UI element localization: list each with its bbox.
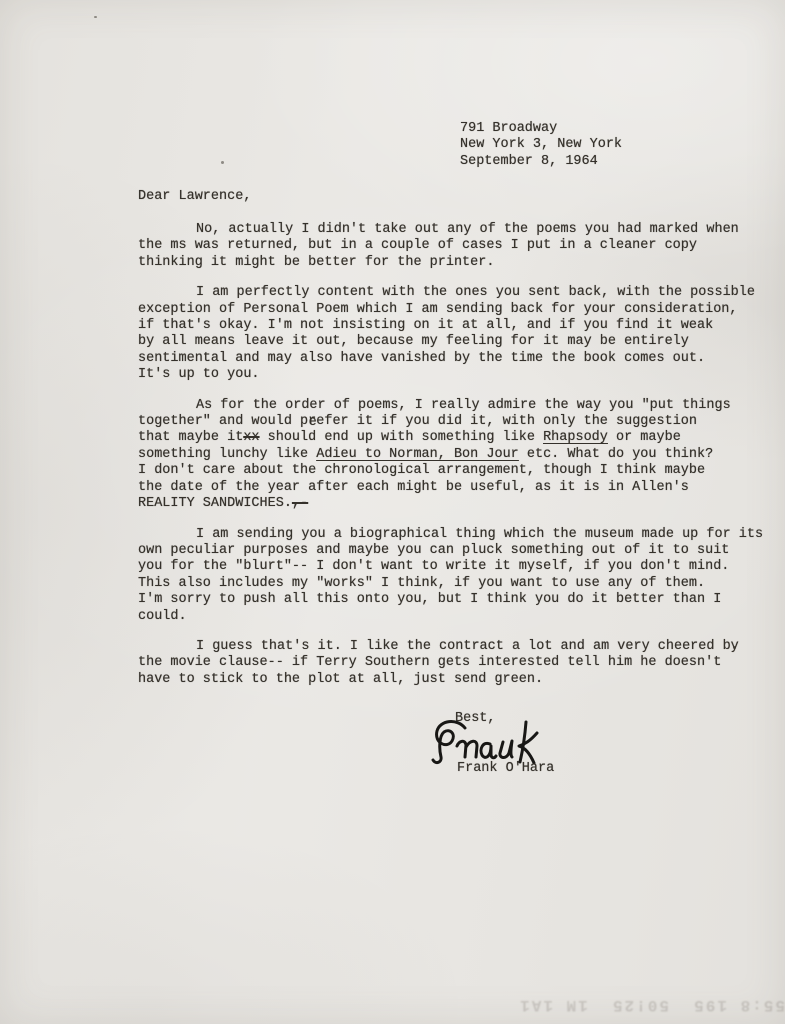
- underlined-title: Adieu to Norman, Bon Jour: [316, 447, 519, 462]
- text-line: sentimental and may also have vanished b…: [138, 351, 770, 367]
- text-segment: As for the order of poems, I really admi…: [196, 398, 731, 413]
- text-line: own peculiar purposes and maybe you can …: [138, 543, 770, 559]
- text-line: I am perfectly content with the ones you…: [138, 285, 770, 301]
- text-line: by all means leave it out, because my fe…: [138, 334, 770, 350]
- text-segment: etc. What do you think?: [519, 447, 713, 462]
- text-line: I'm sorry to push all this onto you, but…: [138, 592, 770, 608]
- text-line: the ms was returned, but in a couple of …: [138, 238, 770, 254]
- text-segment: the movie clause-- if Terry Southern get…: [138, 655, 721, 670]
- text-line: thinking it might be better for the prin…: [138, 255, 770, 271]
- text-line: could.: [138, 609, 770, 625]
- salutation: Dear Lawrence,: [138, 189, 251, 205]
- text-segment: something lunchy like: [138, 447, 316, 462]
- text-segment: own peculiar purposes and maybe you can …: [138, 543, 729, 558]
- text-line: the date of the year after each might be…: [138, 480, 770, 496]
- text-segment: if that's okay. I'm not insisting on it …: [138, 318, 713, 333]
- text-segment: exception of Personal Poem which I am se…: [138, 302, 738, 317]
- paragraph: No, actually I didn't take out any of th…: [138, 222, 770, 271]
- sender-address-block: 791 Broadway New York 3, New York Septem…: [460, 121, 622, 170]
- text-segment: the ms was returned, but in a couple of …: [138, 238, 697, 253]
- text-segment: I don't care about the chronological arr…: [138, 463, 705, 478]
- text-segment: you for the "blurt"-- I don't want to wr…: [138, 559, 729, 574]
- text-segment: REALITY SANDWICHES.: [138, 496, 292, 511]
- text-line: It's up to you.: [138, 367, 770, 383]
- letter-page: 791 Broadway New York 3, New York Septem…: [0, 0, 785, 1024]
- text-line: I am sending you a biographical thing wh…: [138, 527, 770, 543]
- text-line: together" and would preefer it if you di…: [138, 414, 770, 430]
- paper-speck: [221, 161, 224, 164]
- address-line: 791 Broadway: [460, 121, 622, 137]
- text-segment: together" and would p: [138, 414, 308, 429]
- text-segment: I am perfectly content with the ones you…: [196, 285, 755, 300]
- text-line: exception of Personal Poem which I am se…: [138, 302, 770, 318]
- text-segment: I am sending you a biographical thing wh…: [196, 527, 763, 542]
- paragraph: I am sending you a biographical thing wh…: [138, 527, 770, 625]
- text-line: I don't care about the chronological arr…: [138, 463, 770, 479]
- handwritten-signature: [428, 719, 540, 767]
- text-segment: could.: [138, 609, 187, 624]
- text-segment: efer it if you did it, with only the sug…: [316, 414, 697, 429]
- text-segment: the date of the year after each might be…: [138, 480, 689, 495]
- date-line: September 8, 1964: [460, 154, 622, 170]
- overstrike-text: re: [308, 414, 316, 430]
- address-line: New York 3, New York: [460, 137, 622, 153]
- stray-period-mark: [733, 646, 736, 649]
- bleed-through-text: 55:8 195 50!25 1M 1A1: [470, 996, 785, 1014]
- text-line: have to stick to the plot at all, just s…: [138, 672, 770, 688]
- text-segment: I'm sorry to push all this onto you, but…: [138, 592, 721, 607]
- struck-out-text: xx: [243, 430, 259, 445]
- typed-name: Frank O'Hara: [457, 761, 554, 777]
- paper-speck: [94, 16, 97, 18]
- text-segment: have to stick to the plot at all, just s…: [138, 672, 543, 687]
- text-segment: thinking it might be better for the prin…: [138, 255, 494, 270]
- text-segment: should end up with something like: [260, 430, 544, 445]
- text-segment: sentimental and may also have vanished b…: [138, 351, 705, 366]
- text-line: that maybe itxx should end up with somet…: [138, 430, 770, 446]
- text-segment: by all means leave it out, because my fe…: [138, 334, 689, 349]
- text-segment: This also includes my "works" I think, i…: [138, 576, 705, 591]
- text-segment: that maybe it: [138, 430, 243, 445]
- struck-out-text: ,-: [292, 496, 308, 511]
- paragraph: I am perfectly content with the ones you…: [138, 285, 770, 383]
- text-line: REALITY SANDWICHES.,-: [138, 496, 770, 512]
- text-segment: I guess that's it. I like the contract a…: [196, 639, 739, 654]
- text-line: As for the order of poems, I really admi…: [138, 398, 770, 414]
- letter-body: No, actually I didn't take out any of th…: [138, 222, 770, 702]
- text-line: I guess that's it. I like the contract a…: [138, 639, 770, 655]
- text-line: something lunchy like Adieu to Norman, B…: [138, 447, 770, 463]
- text-line: you for the "blurt"-- I don't want to wr…: [138, 559, 770, 575]
- text-line: This also includes my "works" I think, i…: [138, 576, 770, 592]
- text-line: the movie clause-- if Terry Southern get…: [138, 655, 770, 671]
- underlined-title: Rhapsody: [543, 430, 608, 445]
- text-segment: It's up to you.: [138, 367, 260, 382]
- text-segment: No, actually I didn't take out any of th…: [196, 222, 739, 237]
- text-line: if that's okay. I'm not insisting on it …: [138, 318, 770, 334]
- text-line: No, actually I didn't take out any of th…: [138, 222, 770, 238]
- paragraph: I guess that's it. I like the contract a…: [138, 639, 770, 688]
- text-segment: or maybe: [608, 430, 681, 445]
- paragraph: As for the order of poems, I really admi…: [138, 398, 770, 513]
